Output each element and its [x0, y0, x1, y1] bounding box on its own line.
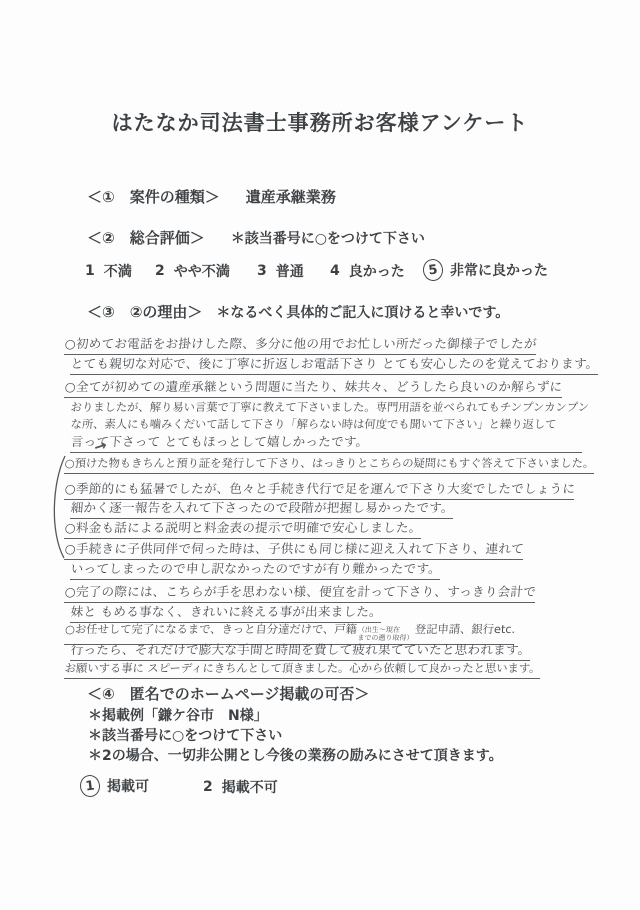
survey-document-page: はたなか司法書士事務所お客様アンケート ＜① 案件の種類＞遺産承継業務 ＜② 総… [0, 0, 640, 910]
handwritten-line: ○手続きに子供同伴で伺った時は、子供にも同じ様に迎え入れて下さり、連れて [64, 539, 525, 560]
rating-option-3: 3 普通 [257, 261, 304, 281]
publish-number: 2 [203, 779, 213, 795]
publish-example-note: ＊掲載例「鎌ケ谷市 N様」 [88, 705, 268, 725]
handwritten-line: ○季節的にも猛暑でしたが、色々と手続き代行で足を運んで下さり大変でしたでしょうに [64, 479, 576, 500]
selection-circle: 5 [422, 258, 445, 282]
rating-option-4: 4 良かった [330, 261, 405, 281]
section-3-heading: ＜③ ②の理由＞ [87, 303, 202, 321]
publish-privacy-note: ＊2の場合、一切非公開とし今後の業務の励みにさせて頂きます。 [88, 745, 503, 765]
publish-number: 1 [85, 778, 96, 794]
handwritten-line: とても親切な対応で、後に丁寧に折返しお電話下さり とても安心したのを覚えておりま… [70, 354, 599, 375]
handwritten-line: 行ったら、それだけで膨大な手間と時間を費して疲れ果てていたと思われます。 [70, 640, 531, 661]
handwritten-text: 登記申請、銀行etc. [414, 623, 515, 636]
section-2: ＜② 総合評価＞＊該当番号に○をつけて下さい [87, 227, 425, 248]
handwritten-line: ○全てが初めての遺産承継という問題に当たり、妹共々、どうしたら良いのか解らずに [64, 377, 563, 398]
handwritten-line: 細かく逐一報告を入れて下さったので段階が把握し易かったです。 [70, 498, 454, 519]
handwritten-line: ○完了の際には、こちらが手を思わない様、便宜を計って下さり、すっきり会計で [64, 582, 537, 603]
reason-instruction: ＊なるべく具体的ご記入に頂けると幸いです。 [216, 305, 509, 321]
rating-label: やや不満 [174, 261, 230, 281]
rating-instruction: ＊該当番号に○をつけて下さい [231, 231, 425, 247]
handwritten-line: 言って下さって とてもほっとして嬉しかったです。 [70, 432, 583, 453]
rating-number: 1 [85, 263, 95, 279]
handwritten-line: ○預けた物もきちんと預り証を発行して下さり、はっきりとこちらの疑問にもすぐ答えて… [64, 455, 595, 474]
handwritten-line: おりましたが、解り易い言葉で丁寧に教えて下さいました。専門用語を並べられてもチン… [70, 399, 589, 417]
rating-number: 5 [428, 262, 439, 278]
publish-instruction-note: ＊該当番号に○をつけて下さい [88, 725, 282, 745]
rating-label: 良かった [349, 261, 405, 281]
rating-option-1: 1 不満 [85, 261, 132, 281]
rating-label: 普通 [276, 261, 304, 281]
section-1: ＜① 案件の種類＞遺産承継業務 [87, 186, 336, 207]
rating-label: 不満 [104, 261, 132, 281]
rating-label: 非常に良かった [450, 260, 548, 280]
handwritten-text: ○お任せして完了になるまで、きっと自分達だけで、戸籍 [65, 623, 358, 636]
page-title: はたなか司法書士事務所お客様アンケート [0, 107, 640, 137]
publish-label: 掲載可 [107, 776, 149, 796]
rating-option-2: 2 やや不満 [155, 261, 230, 281]
rating-number: 2 [155, 263, 165, 279]
handwritten-line: ○初めてお電話をお掛けした際、多分に他の用でお忙しい所だった御様子でしたが [64, 334, 537, 355]
rating-number: 3 [257, 263, 267, 279]
publish-label: 掲載不可 [222, 777, 278, 797]
publish-option-1-selected: 1 掲載可 [80, 775, 149, 797]
handwritten-line: ○料金も話による説明と料金表の提示で明確で安心しました。 [64, 518, 422, 539]
rating-number: 4 [330, 263, 340, 279]
section-4-heading: ＜④ 匿名でのホームページ掲載の可否＞ [87, 683, 369, 704]
publish-option-2: 2 掲載不可 [203, 777, 278, 797]
case-type-value: 遺産承継業務 [246, 188, 336, 206]
section-1-heading: ＜① 案件の種類＞ [87, 188, 220, 206]
handwritten-line: 妹と もめる事なく、きれいに終える事が出来ました。 [70, 602, 383, 623]
selection-circle: 1 [79, 774, 102, 798]
handwritten-line: お願いする事に スピーディにきちんとして頂きました。心から依頼して良かったと思い… [64, 660, 541, 679]
section-3: ＜③ ②の理由＞＊なるべく具体的ご記入に頂けると幸いです。 [87, 301, 509, 322]
handwritten-line: いってしまったので申し訳なかったのですが有り難かったです。 [70, 559, 442, 580]
section-2-heading: ＜② 総合評価＞ [87, 229, 205, 247]
rating-option-5-selected: 5 非常に良かった [423, 259, 548, 281]
hand-brace-mark [48, 453, 68, 561]
